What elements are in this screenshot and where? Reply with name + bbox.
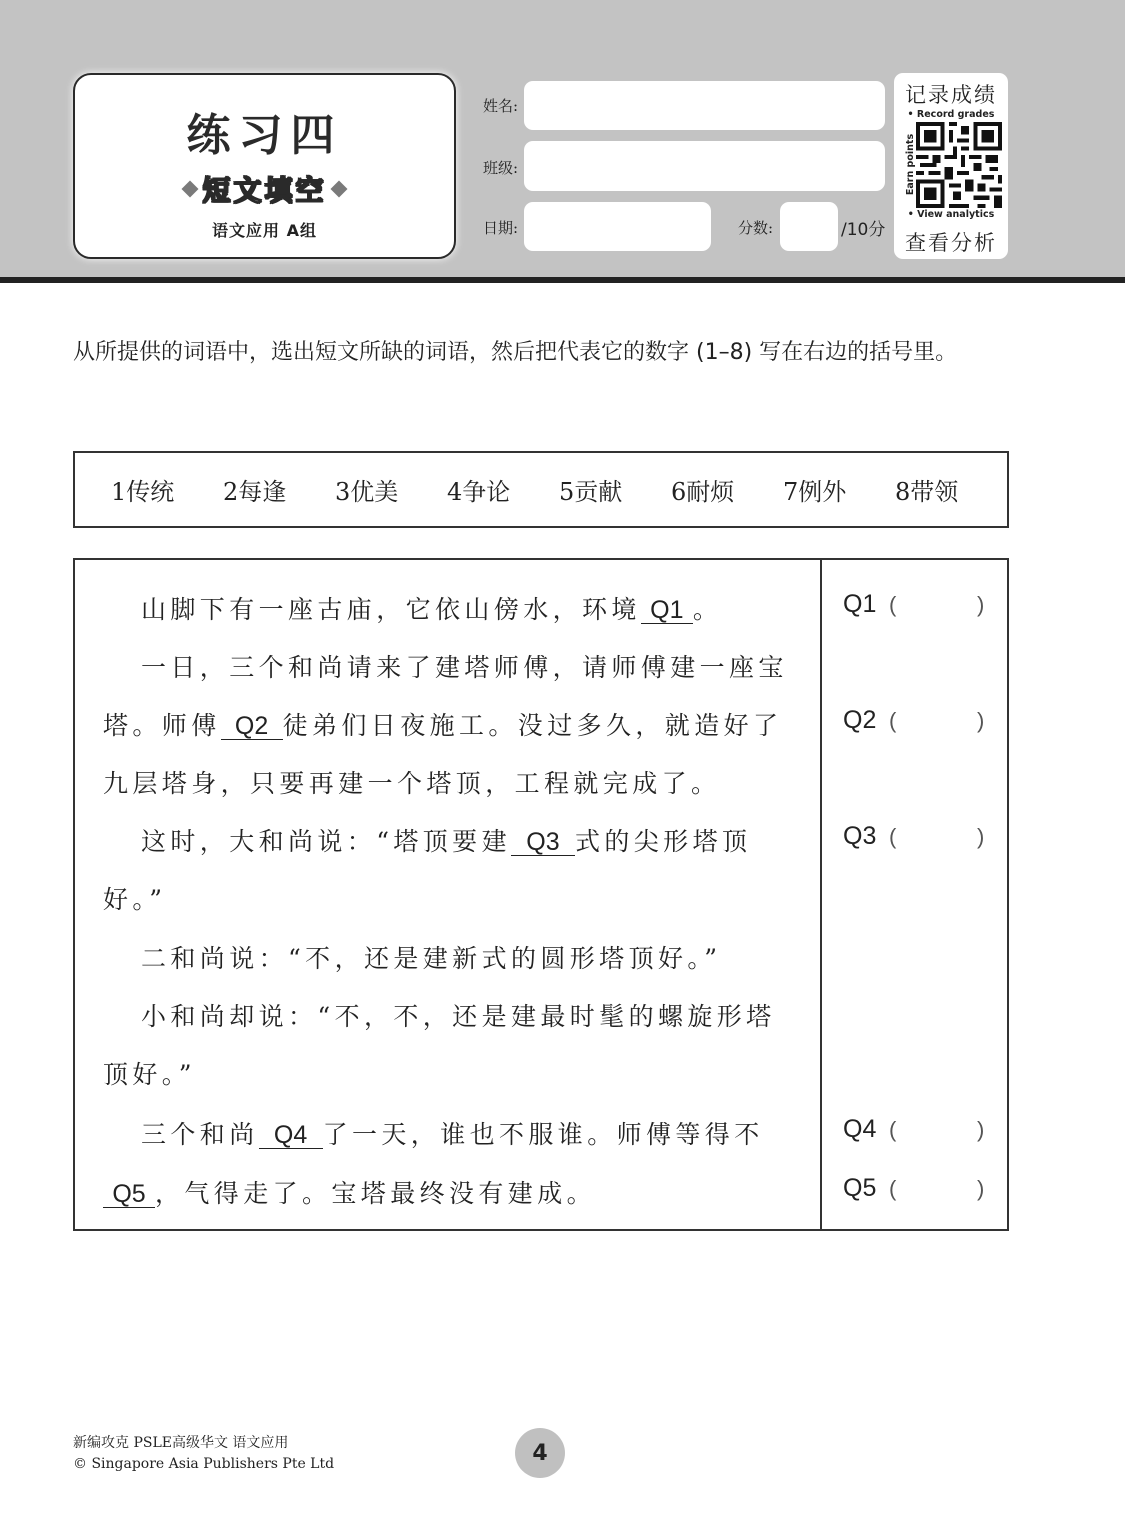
blank-q3: Q3	[511, 829, 575, 856]
date-label: 日期:	[483, 217, 518, 238]
passage-text: 三个和尚	[141, 1120, 259, 1149]
qr-card[interactable]: 记录成绩 • Record grades Earn points • View …	[894, 73, 1008, 259]
paren-open: (	[889, 708, 896, 734]
exercise-subtitle: 短文填空	[75, 169, 454, 209]
word-bank-item: 2每逢	[223, 472, 335, 507]
qr-earn-points-caption: Earn points	[905, 134, 916, 195]
exercise-title-card: 练习四 短文填空 语文应用 A组	[73, 73, 456, 259]
passage-line: 小和尚却说：“不，不，还是建最时髦的螺旋形塔	[141, 997, 776, 1033]
column-divider	[820, 560, 822, 1229]
paren-close: )	[977, 1117, 984, 1143]
word-bank: 1传统 2每逢 3优美 4争论 5贡献 6耐烦 7例外 8带领	[73, 451, 1009, 528]
qr-record-grades-title: 记录成绩	[894, 79, 1008, 109]
name-field[interactable]	[524, 81, 885, 130]
paren-close: )	[977, 824, 984, 850]
answer-slot-q5[interactable]: Q5 ( )	[843, 1174, 993, 1203]
passage-text: 山脚下有一座古庙，它依山傍水，环境	[141, 595, 641, 624]
passage-line: 顶好。”	[103, 1055, 196, 1091]
footer-book-title: 新编攻克 PSLE高级华文 语文应用	[73, 1432, 288, 1452]
passage-line: 塔。师傅Q2徒弟们日夜施工。没过多久，就造好了	[103, 706, 782, 742]
qr-view-analytics-title: 查看分析	[894, 227, 1008, 257]
paren-open: (	[889, 1117, 896, 1143]
blank-q4: Q4	[259, 1122, 323, 1149]
word-bank-item: 3优美	[335, 472, 447, 507]
answer-label: Q4	[843, 1115, 876, 1143]
passage-line: 九层塔身，只要再建一个塔顶，工程就完成了。	[103, 764, 720, 800]
instruction-text: 从所提供的词语中，选出短文所缺的词语，然后把代表它的数字 (1–8) 写在右边的…	[73, 336, 1018, 370]
blank-q5: Q5	[103, 1181, 155, 1208]
word-bank-item: 6耐烦	[671, 472, 783, 507]
answer-label: Q3	[843, 822, 876, 850]
paren-open: (	[889, 824, 896, 850]
diamond-icon	[330, 181, 347, 198]
word-bank-item: 5贡献	[559, 472, 671, 507]
qr-code-icon[interactable]	[916, 122, 1002, 208]
paren-close: )	[977, 1176, 984, 1202]
score-label: 分数:	[738, 217, 773, 238]
score-total: /10分	[841, 215, 885, 240]
passage-line: Q5，气得走了。宝塔最终没有建成。	[103, 1174, 596, 1210]
answer-label: Q2	[843, 706, 876, 734]
answer-slot-q2[interactable]: Q2 ( )	[843, 706, 993, 735]
passage-text: ，气得走了。宝塔最终没有建成。	[155, 1179, 596, 1208]
passage-text: 式的尖形塔顶	[575, 827, 751, 856]
word-bank-item: 8带领	[895, 472, 1007, 507]
footer-copyright: © Singapore Asia Publishers Pte Ltd	[73, 1456, 334, 1472]
passage-line: 二和尚说：“不，还是建新式的圆形塔顶好。”	[141, 939, 721, 975]
passage-line: 一日，三个和尚请来了建塔师傅，请师傅建一座宝	[141, 648, 788, 684]
passage-text: 。	[693, 595, 722, 624]
passage-line: 山脚下有一座古庙，它依山傍水，环境Q1。	[141, 590, 722, 626]
word-bank-item: 4争论	[447, 472, 559, 507]
exercise-title: 练习四	[75, 99, 454, 163]
date-field[interactable]	[524, 202, 711, 251]
passage-text: 徒弟们日夜施工。没过多久，就造好了	[283, 711, 783, 740]
passage-line: 好。”	[103, 880, 166, 916]
passage-text: 塔。师傅	[103, 711, 221, 740]
header-divider	[0, 277, 1125, 283]
paren-close: )	[977, 592, 984, 618]
word-bank-item: 1传统	[111, 472, 223, 507]
page-number: 4	[515, 1428, 565, 1478]
paren-open: (	[889, 1176, 896, 1202]
blank-q2: Q2	[221, 713, 283, 740]
answer-slot-q3[interactable]: Q3 ( )	[843, 822, 993, 851]
passage-text: 这时，大和尚说：“塔顶要建	[141, 827, 511, 856]
class-label: 班级:	[483, 157, 518, 178]
paren-open: (	[889, 592, 896, 618]
answer-slot-q1[interactable]: Q1 ( )	[843, 590, 993, 619]
name-label: 姓名:	[483, 95, 518, 116]
qr-record-grades-caption: • Record grades	[894, 109, 1008, 120]
blank-q1: Q1	[641, 597, 693, 624]
class-field[interactable]	[524, 141, 885, 191]
word-bank-item: 7例外	[783, 472, 895, 507]
passage-line: 三个和尚Q4了一天，谁也不服谁。师傅等得不	[141, 1115, 764, 1151]
answer-slot-q4[interactable]: Q4 ( )	[843, 1115, 993, 1144]
exercise-level: 语文应用 A组	[75, 218, 454, 241]
diamond-icon	[182, 181, 199, 198]
answer-label: Q5	[843, 1174, 876, 1202]
passage-line: 这时，大和尚说：“塔顶要建Q3式的尖形塔顶	[141, 822, 751, 858]
paren-close: )	[977, 708, 984, 734]
passage-box: 山脚下有一座古庙，它依山傍水，环境Q1。 一日，三个和尚请来了建塔师傅，请师傅建…	[73, 558, 1009, 1231]
answer-label: Q1	[843, 590, 876, 618]
score-field[interactable]	[780, 202, 838, 251]
exercise-subtitle-text: 短文填空	[202, 169, 326, 209]
qr-view-analytics-caption: • View analytics	[894, 209, 1008, 220]
passage-text: 了一天，谁也不服谁。师傅等得不	[323, 1120, 764, 1149]
